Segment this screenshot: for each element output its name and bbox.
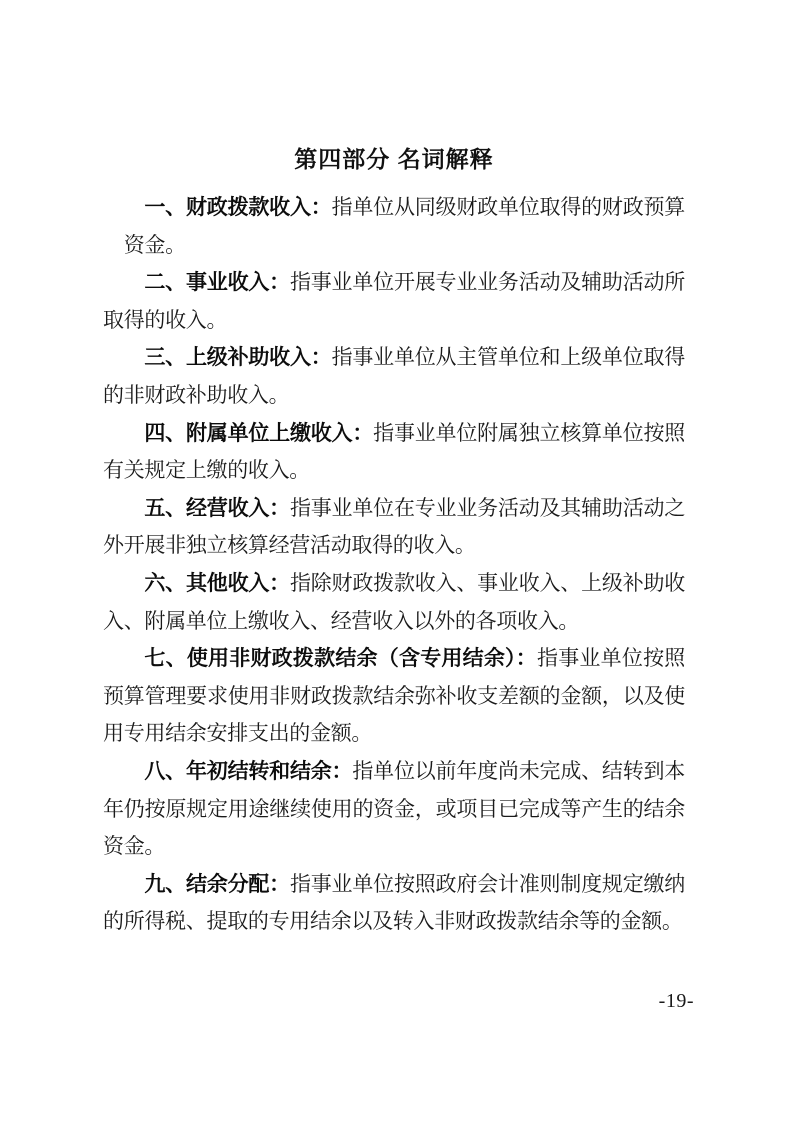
- text-line: 的所得税、提取的专用结余以及转入非财政拨款结余等的金额。: [103, 903, 685, 941]
- definition-text: 指事业单位按照: [537, 646, 685, 670]
- definition-paragraph: 五、经营收入：指事业单位在专业业务活动及其辅助活动之外开展非独立核算经营活动取得…: [103, 490, 685, 565]
- definition-text: 资金。: [103, 834, 165, 858]
- page-number: -19-: [659, 988, 694, 1014]
- definition-text: 指事业单位开展专业业务活动及辅助活动所: [290, 270, 685, 294]
- definition-text: 的所得税、提取的专用结余以及转入非财政拨款结余等的金额。: [103, 909, 683, 933]
- definition-paragraph: 三、上级补助收入：指事业单位从主管单位和上级单位取得的非财政补助收入。: [103, 339, 685, 414]
- text-line: 用专用结余安排支出的金额。: [103, 715, 685, 753]
- definition-text: 的非财政补助收入。: [103, 383, 289, 407]
- definition-paragraph: 六、其他收入：指除财政拨款收入、事业收入、上级补助收入、附属单位上缴收入、经营收…: [103, 565, 685, 640]
- definition-text: 入、附属单位上缴收入、经营收入以外的各项收入。: [103, 609, 579, 633]
- definition-text: 指单位从同级财政单位取得的财政预算: [332, 195, 685, 219]
- definition-text: 资金。: [124, 233, 186, 257]
- term-label: 五、经营收入：: [144, 496, 290, 520]
- term-label: 七、使用非财政拨款结余（含专用结余）：: [144, 646, 537, 670]
- definitions-list: 一、财政拨款收入：指单位从同级财政单位取得的财政预算资金。二、事业收入：指事业单…: [103, 189, 685, 941]
- text-line: 年仍按原规定用途继续使用的资金，或项目已完成等产生的结余: [103, 791, 685, 829]
- definition-paragraph: 二、事业收入：指事业单位开展专业业务活动及辅助活动所取得的收入。: [103, 264, 685, 339]
- definition-text: 取得的收入。: [103, 308, 227, 332]
- definition-paragraph: 一、财政拨款收入：指单位从同级财政单位取得的财政预算资金。: [103, 189, 685, 264]
- term-label: 八、年初结转和结余：: [144, 759, 352, 783]
- text-line: 的非财政补助收入。: [103, 377, 685, 415]
- document-page: 第四部分 名词解释 一、财政拨款收入：指单位从同级财政单位取得的财政预算资金。二…: [0, 0, 793, 1122]
- text-line: 一、财政拨款收入：指单位从同级财政单位取得的财政预算: [103, 189, 685, 227]
- text-line: 资金。: [103, 227, 685, 265]
- text-line: 四、附属单位上缴收入：指事业单位附属独立核算单位按照: [103, 415, 685, 453]
- text-line: 二、事业收入：指事业单位开展专业业务活动及辅助活动所: [103, 264, 685, 302]
- text-line: 外开展非独立核算经营活动取得的收入。: [103, 527, 685, 565]
- definition-text: 外开展非独立核算经营活动取得的收入。: [103, 533, 476, 557]
- term-label: 一、财政拨款收入：: [144, 195, 331, 219]
- text-line: 预算管理要求使用非财政拨款结余弥补收支差额的金额，以及使: [103, 678, 685, 716]
- definition-text: 指事业单位从主管单位和上级单位取得: [332, 345, 685, 369]
- text-line: 取得的收入。: [103, 302, 685, 340]
- term-label: 九、结余分配：: [144, 872, 290, 896]
- text-line: 九、结余分配：指事业单位按照政府会计准则制度规定缴纳: [103, 866, 685, 904]
- text-line: 八、年初结转和结余：指单位以前年度尚未完成、结转到本: [103, 753, 685, 791]
- definition-text: 预算管理要求使用非财政拨款结余弥补收支差额的金额，以及使: [103, 684, 685, 708]
- definition-paragraph: 九、结余分配：指事业单位按照政府会计准则制度规定缴纳的所得税、提取的专用结余以及…: [103, 866, 685, 941]
- definition-text: 指事业单位在专业业务活动及其辅助活动之: [290, 496, 685, 520]
- definition-paragraph: 四、附属单位上缴收入：指事业单位附属独立核算单位按照有关规定上缴的收入。: [103, 415, 685, 490]
- text-line: 资金。: [103, 828, 685, 866]
- definition-text: 指单位以前年度尚未完成、结转到本: [352, 759, 685, 783]
- definition-text: 年仍按原规定用途继续使用的资金，或项目已完成等产生的结余: [103, 797, 685, 821]
- text-line: 三、上级补助收入：指事业单位从主管单位和上级单位取得: [103, 339, 685, 377]
- text-line: 五、经营收入：指事业单位在专业业务活动及其辅助活动之: [103, 490, 685, 528]
- definition-text: 指事业单位附属独立核算单位按照: [373, 421, 685, 445]
- definition-text: 指除财政拨款收入、事业收入、上级补助收: [290, 571, 685, 595]
- definition-text: 有关规定上缴的收入。: [103, 458, 310, 482]
- text-line: 有关规定上缴的收入。: [103, 452, 685, 490]
- definition-paragraph: 八、年初结转和结余：指单位以前年度尚未完成、结转到本年仍按原规定用途继续使用的资…: [103, 753, 685, 866]
- term-label: 三、上级补助收入：: [144, 345, 331, 369]
- definition-text: 用专用结余安排支出的金额。: [103, 721, 372, 745]
- definition-text: 指事业单位按照政府会计准则制度规定缴纳: [290, 872, 685, 896]
- text-line: 六、其他收入：指除财政拨款收入、事业收入、上级补助收: [103, 565, 685, 603]
- term-label: 四、附属单位上缴收入：: [144, 421, 373, 445]
- definition-paragraph: 七、使用非财政拨款结余（含专用结余）：指事业单位按照预算管理要求使用非财政拨款结…: [103, 640, 685, 753]
- text-line: 七、使用非财政拨款结余（含专用结余）：指事业单位按照: [103, 640, 685, 678]
- term-label: 六、其他收入：: [144, 571, 290, 595]
- text-line: 入、附属单位上缴收入、经营收入以外的各项收入。: [103, 603, 685, 641]
- page-title: 第四部分 名词解释: [103, 142, 685, 176]
- term-label: 二、事业收入：: [144, 270, 290, 294]
